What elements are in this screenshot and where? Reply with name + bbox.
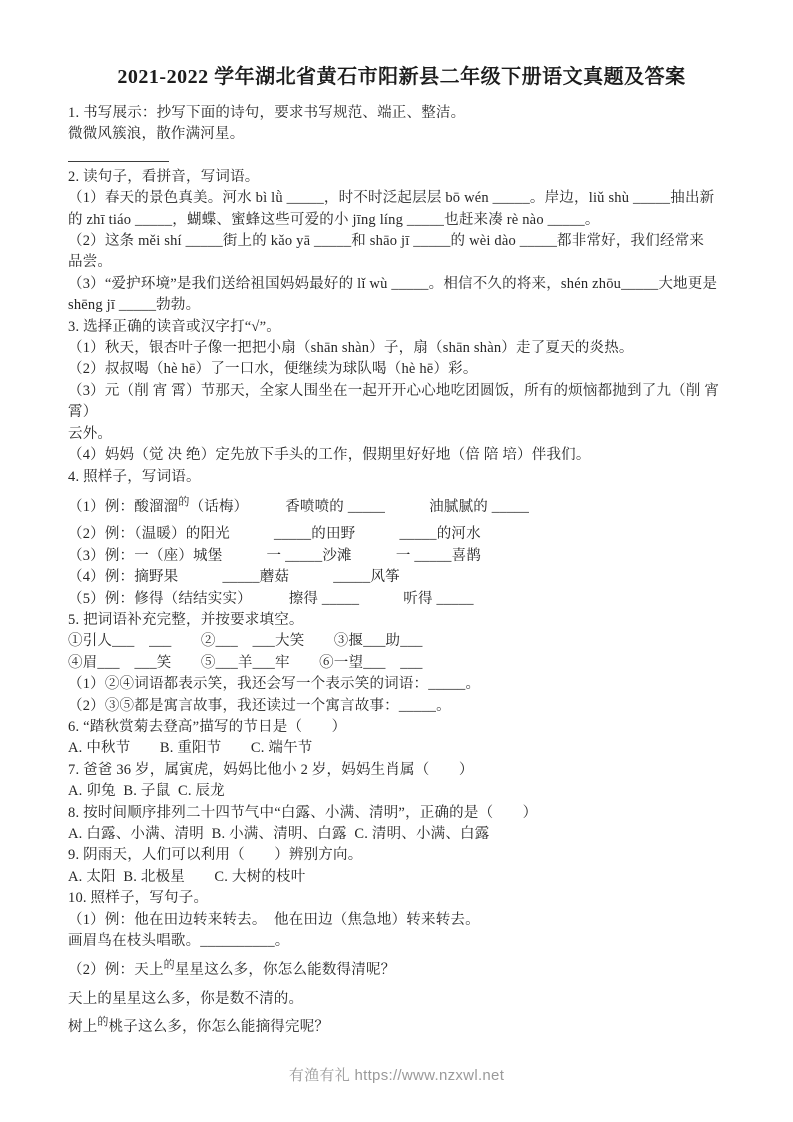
- q10-example2-text: （2）例：天上: [68, 962, 164, 978]
- q3-item2: （2）叔叔喝（hè hē）了一口水，便继续为球队喝（hè hē）彩。: [68, 359, 735, 380]
- q10-exercise-rest: 桃子这么多，你怎么能摘得完呢？: [109, 1019, 330, 1035]
- q10-prompt: 10. 照样子，写句子。: [68, 888, 735, 909]
- q5-blanks-row2: ④眉___ ___笑 ⑤___羊___牢 ⑥一望___ ___: [68, 653, 735, 674]
- q5-blanks-row1: ①引人___ ___ ②___ ___大笑 ③揠___助___: [68, 631, 735, 652]
- q8-question: 8. 按时间顺序排列二十四节气中“白露、小满、清明”，正确的是（ ）: [68, 803, 735, 824]
- q7-question: 7. 爸爸 36 岁，属寅虎，妈妈比他小 2 岁，妈妈生肖属（ ）: [68, 760, 735, 781]
- q2-prompt: 2. 读句子，看拼音，写词语。: [68, 167, 735, 188]
- q4-example1-superscript: 的: [178, 496, 189, 508]
- q10-example2: （2）例：天上的星星这么多，你怎么能数得清呢？: [68, 960, 735, 981]
- q4-example4: （4）例：摘野果 _____蘑菇 _____风筝: [68, 567, 735, 588]
- q10-exercise-superscript: 的: [97, 1016, 108, 1028]
- q2-item1-line1: （1）春天的景色真美。河水 bì lǜ _____，时不时泛起层层 bō wén…: [68, 188, 735, 209]
- q10-example2-exercise: 树上的桃子这么多，你怎么能摘得完呢？: [68, 1017, 735, 1038]
- q5-sub1: （1）②④词语都表示笑，我还会写一个表示笑的词语：_____。: [68, 674, 735, 695]
- q2-item2-line2: 品尝。: [68, 252, 735, 273]
- q3-item3-line2: 云外。: [68, 424, 735, 445]
- q10-example2-model: 天上的星星这么多，你是数不清的。: [68, 989, 735, 1010]
- q10-example2-rest: 星星这么多，你怎么能数得清呢？: [175, 962, 396, 978]
- footer-text: 有渔有礼 https://www.nzxwl.net: [289, 1067, 504, 1084]
- q4-example1-text: （1）例：酸溜溜: [68, 499, 178, 515]
- q2-item3-line1: （3）“爱护环境”是我们送给祖国妈妈最好的 lǐ wù _____。相信不久的将…: [68, 274, 735, 295]
- q4-prompt: 4. 照样子，写词语。: [68, 467, 735, 488]
- q4-example3: （3）例：一（座）城堡 一 _____沙滩 一 _____喜鹊: [68, 546, 735, 567]
- q3-item1: （1）秋天，银杏叶子像一把把小扇（shān shàn）子，扇（shān shàn…: [68, 338, 735, 359]
- q7-options: A. 卯兔 B. 子鼠 C. 辰龙: [68, 781, 735, 802]
- q4-example1: （1）例：酸溜溜的（话梅） 香喷喷的 _____ 油腻腻的 _____: [68, 497, 735, 518]
- q3-item3-line1: （3）元（削 宵 霄）节那天，全家人围坐在一起开开心心地吃团圆饭，所有的烦恼都抛…: [68, 381, 735, 424]
- page-title: 2021-2022 学年湖北省黄石市阳新县二年级下册语文真题及答案: [68, 64, 735, 90]
- q10-example1-answer: 画眉鸟在枝头唱歌。__________。: [68, 931, 735, 952]
- q10-example1: （1）例：他在田边转来转去。 他在田边（焦急地）转来转去。: [68, 910, 735, 931]
- q9-options: A. 太阳 B. 北极星 C. 大树的枝叶: [68, 867, 735, 888]
- q2-item3-line2: shēng jī _____勃勃。: [68, 295, 735, 316]
- q4-example5: （5）例：修得（结结实实） 擦得 _____ 听得 _____: [68, 589, 735, 610]
- q1-answer-line: [68, 161, 169, 162]
- exam-paper-page: 2021-2022 学年湖北省黄石市阳新县二年级下册语文真题及答案 1. 书写展…: [0, 0, 793, 1122]
- q4-example1-rest: （话梅） 香喷喷的 _____ 油腻腻的 _____: [190, 499, 530, 515]
- exam-content: 2021-2022 学年湖北省黄石市阳新县二年级下册语文真题及答案 1. 书写展…: [0, 0, 793, 1039]
- q6-options: A. 中秋节 B. 重阳节 C. 端午节: [68, 738, 735, 759]
- q3-prompt: 3. 选择正确的读音或汉字打“√”。: [68, 317, 735, 338]
- q8-options: A. 白露、小满、清明 B. 小满、清明、白露 C. 清明、小满、白露: [68, 824, 735, 845]
- page-footer: 有渔有礼 https://www.nzxwl.net: [0, 1064, 793, 1085]
- q1-poem: 微微风簇浪，散作满河星。: [68, 124, 735, 145]
- q5-prompt: 5. 把词语补充完整，并按要求填空。: [68, 610, 735, 631]
- q3-item4: （4）妈妈（觉 决 绝）定先放下手头的工作，假期里好好地（倍 陪 培）伴我们。: [68, 445, 735, 466]
- q10-example2-superscript: 的: [164, 959, 175, 971]
- q9-question: 9. 阴雨天，人们可以利用（ ）辨别方向。: [68, 845, 735, 866]
- q2-item1-line2: 的 zhī tiáo _____，蝴蝶、蜜蜂这些可爱的小 jīng líng _…: [68, 210, 735, 231]
- q2-item2-line1: （2）这条 měi shí _____街上的 kǎo yā _____和 shā…: [68, 231, 735, 252]
- q4-example2: （2）例：（温暖）的阳光 _____的田野 _____的河水: [68, 524, 735, 545]
- q10-exercise-text: 树上: [68, 1019, 97, 1035]
- q1-prompt: 1. 书写展示：抄写下面的诗句，要求书写规范、端正、整洁。: [68, 103, 735, 124]
- q5-sub2: （2）③⑤都是寓言故事，我还读过一个寓言故事：_____。: [68, 696, 735, 717]
- q6-question: 6. “踏秋赏菊去登高”描写的节日是（ ）: [68, 717, 735, 738]
